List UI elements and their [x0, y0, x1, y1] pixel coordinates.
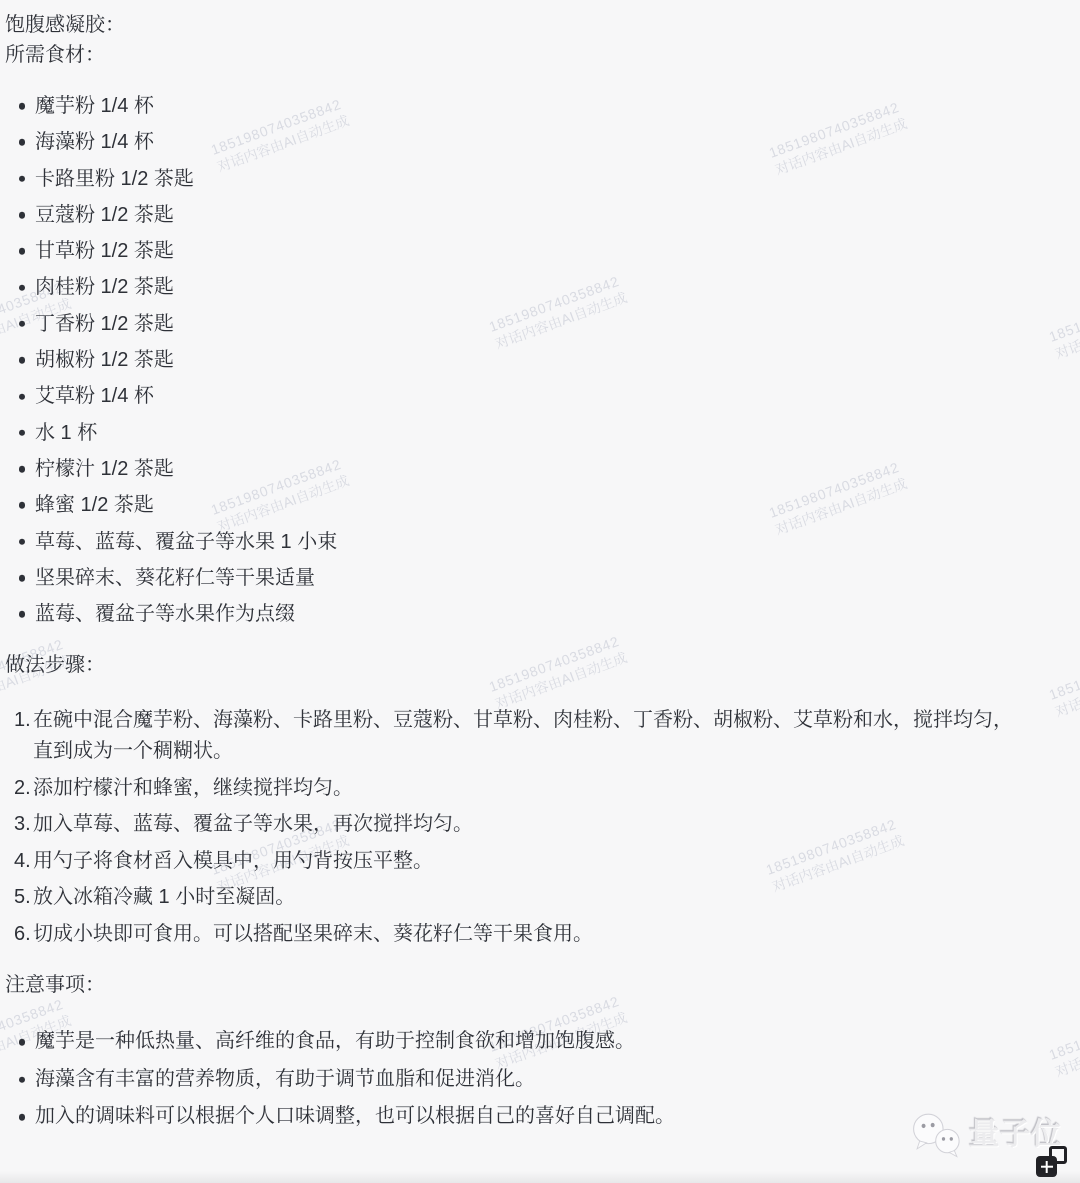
step-item: 2.添加柠檬汁和蜂蜜，继续搅拌均匀。 — [33, 773, 1023, 805]
step-text: 用勺子将食材舀入模具中，用勺背按压平整。 — [33, 850, 433, 872]
step-number: 2. — [14, 773, 31, 805]
step-item: 5.放入冰箱冷藏 1 小时至凝固。 — [33, 882, 1023, 914]
step-number: 6. — [14, 919, 31, 951]
step-number: 1. — [14, 705, 31, 737]
step-number: 5. — [14, 882, 31, 914]
note-item: 海藻含有丰富的营养物质，有助于调节血脂和促进消化。 — [35, 1061, 1066, 1099]
ingredient-item: 艾草粉 1/4 杯 — [35, 378, 1066, 414]
ingredient-item: 豆蔻粉 1/2 茶匙 — [35, 197, 1066, 233]
ingredient-item: 甘草粉 1/2 茶匙 — [35, 233, 1066, 269]
ingredients-heading: 所需食材： — [5, 40, 1066, 70]
ingredient-item: 蓝莓、覆盆子等水果作为点缀 — [35, 596, 1066, 632]
ingredient-item: 蜂蜜 1/2 茶匙 — [35, 487, 1066, 523]
ingredient-item: 草莓、蓝莓、覆盆子等水果 1 小束 — [35, 524, 1066, 560]
ingredient-item: 柠檬汁 1/2 茶匙 — [35, 451, 1066, 487]
step-text: 放入冰箱冷藏 1 小时至凝固。 — [33, 886, 295, 908]
step-text: 切成小块即可食用。可以搭配坚果碎末、葵花籽仁等干果食用。 — [33, 923, 593, 945]
step-item: 6.切成小块即可食用。可以搭配坚果碎末、葵花籽仁等干果食用。 — [33, 919, 1023, 951]
note-item: 魔芋是一种低热量、高纤维的食品，有助于控制食欲和增加饱腹感。 — [35, 1023, 1066, 1061]
steps-heading: 做法步骤： — [5, 650, 1066, 680]
notes-heading: 注意事项： — [5, 970, 1066, 1000]
copy-plus-icon[interactable] — [1036, 1146, 1067, 1177]
notes-list: 魔芋是一种低热量、高纤维的食品，有助于控制食欲和增加饱腹感。海藻含有丰富的营养物… — [5, 1023, 1066, 1136]
ingredient-item: 丁香粉 1/2 茶匙 — [35, 306, 1066, 342]
step-number: 3. — [14, 809, 31, 841]
copy-plus-icon-front-square — [1036, 1156, 1057, 1177]
ingredient-item: 水 1 杯 — [35, 415, 1066, 451]
ingredient-item: 海藻粉 1/4 杯 — [35, 124, 1066, 160]
bottom-edge-shadow — [0, 1171, 1080, 1183]
ingredients-list: 魔芋粉 1/4 杯海藻粉 1/4 杯卡路里粉 1/2 茶匙豆蔻粉 1/2 茶匙甘… — [5, 88, 1066, 632]
ingredient-item: 卡路里粉 1/2 茶匙 — [35, 161, 1066, 197]
ingredient-item: 肉桂粉 1/2 茶匙 — [35, 269, 1066, 305]
wechat-icon — [911, 1112, 963, 1158]
step-text: 在碗中混合魔芋粉、海藻粉、卡路里粉、豆蔻粉、甘草粉、肉桂粉、丁香粉、胡椒粉、艾草… — [33, 709, 1013, 763]
step-item: 1.在碗中混合魔芋粉、海藻粉、卡路里粉、豆蔻粉、甘草粉、肉桂粉、丁香粉、胡椒粉、… — [33, 705, 1023, 768]
step-text: 添加柠檬汁和蜂蜜，继续搅拌均匀。 — [33, 777, 353, 799]
ingredient-item: 坚果碎末、葵花籽仁等干果适量 — [35, 560, 1066, 596]
recipe-document: 饱腹感凝胶： 所需食材： 魔芋粉 1/4 杯海藻粉 1/4 杯卡路里粉 1/2 … — [0, 0, 1080, 1136]
recipe-title: 饱腹感凝胶： — [5, 10, 1066, 40]
steps-list: 1.在碗中混合魔芋粉、海藻粉、卡路里粉、豆蔻粉、甘草粉、肉桂粉、丁香粉、胡椒粉、… — [5, 705, 1066, 951]
ingredient-item: 胡椒粉 1/2 茶匙 — [35, 342, 1066, 378]
step-number: 4. — [14, 846, 31, 878]
step-text: 加入草莓、蓝莓、覆盆子等水果，再次搅拌均匀。 — [33, 813, 473, 835]
ingredient-item: 魔芋粉 1/4 杯 — [35, 88, 1066, 124]
step-item: 3.加入草莓、蓝莓、覆盆子等水果，再次搅拌均匀。 — [33, 809, 1023, 841]
step-item: 4.用勺子将食材舀入模具中，用勺背按压平整。 — [33, 846, 1023, 878]
